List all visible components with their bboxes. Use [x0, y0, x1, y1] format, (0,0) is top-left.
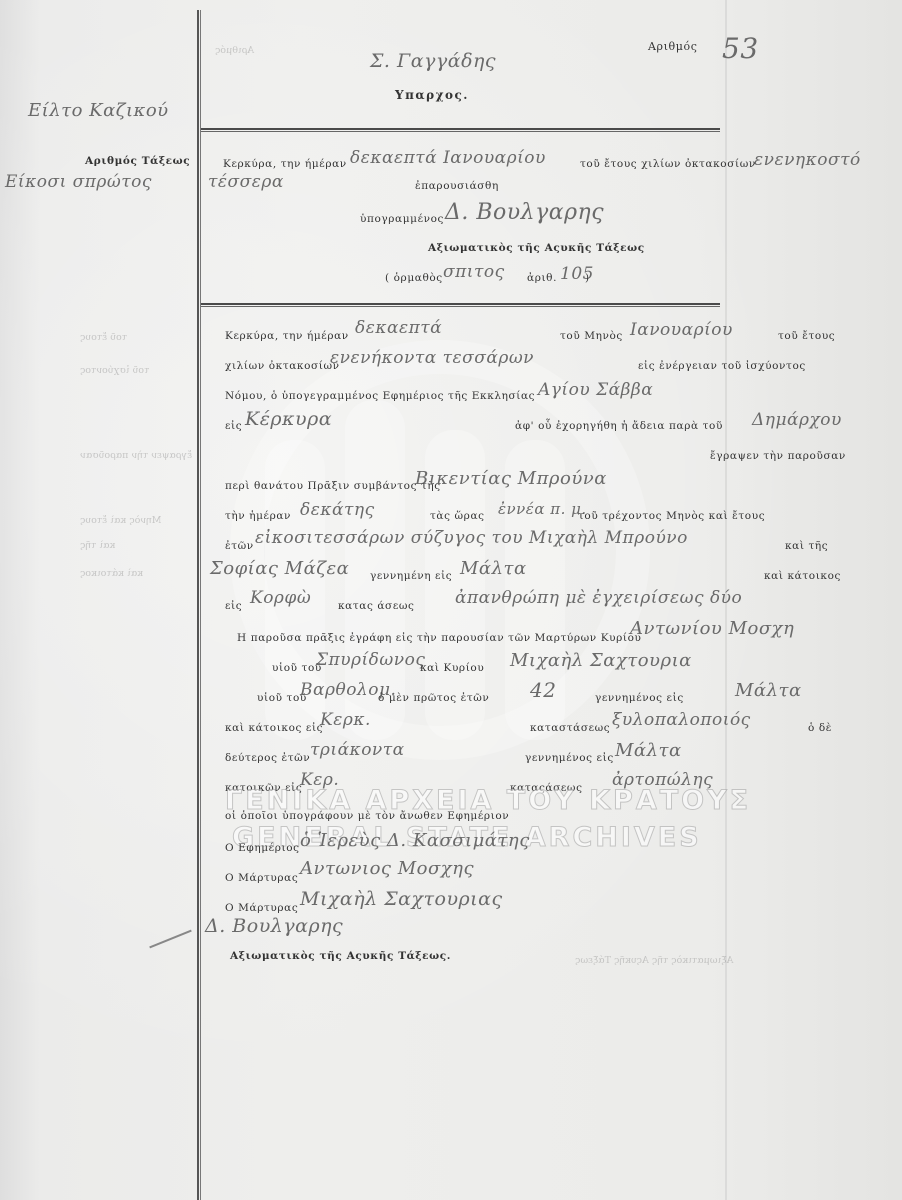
- static-text: εἰς ἐνέργειαν τοῦ ἰσχύοντος: [638, 360, 806, 372]
- handwritten-time: ἐννέα π. μ.: [498, 500, 587, 518]
- static-text: καταστάσεως: [530, 722, 610, 734]
- signature-label: Ο Εφημέριος: [225, 842, 300, 854]
- static-text: καὶ τῆς: [785, 540, 828, 552]
- static-text: περὶ θανάτου Πρᾶξιν συμβάντος τῆς: [225, 480, 441, 492]
- handwritten-age-spouse: εἰκοσιτεσσάρων σύζυγος του Μιχαὴλ Μπρούν…: [255, 528, 688, 548]
- record-number-label: Αριθμός: [648, 40, 697, 53]
- bleed-through-text: ἔγραψεν τὴν παροῦσαν: [80, 450, 192, 461]
- document-page: Αριθμός τοῦ ἔτους τοῦ ἰσχύοντος ἔγραψεν …: [0, 0, 902, 1200]
- handwritten-day: δεκάτης: [300, 500, 375, 520]
- static-text: καὶ Κυρίου: [420, 662, 484, 674]
- handwritten-name: Δ. Βουλγαρης: [445, 200, 604, 225]
- static-text: χιλίων ὀκτακοσίων: [225, 360, 340, 372]
- static-text: εἰς: [225, 420, 242, 432]
- static-text: ): [585, 272, 590, 284]
- handwritten-birthplace: Μάλτα: [460, 558, 527, 579]
- static-text: καὶ κάτοικος εἰς: [225, 722, 323, 734]
- section-divider: [201, 303, 720, 307]
- officer-signature: Δ. Βουλγαρης: [205, 915, 343, 937]
- handwritten-age: τριάκοντα: [310, 740, 405, 760]
- bleed-through-text: Μηνὸς καὶ ἔτους: [80, 515, 162, 526]
- handwritten-year: ενενηκοστό: [754, 150, 861, 170]
- witness-2-signature: Μιχαὴλ Σαχτουριας: [300, 888, 503, 910]
- section-divider: [201, 128, 720, 132]
- static-text: ἔγραψεν τὴν παροῦσαν: [710, 450, 846, 462]
- witness-1-signature: Αντωνιος Μοσχης: [300, 858, 474, 879]
- handwritten-occupation: ξυλοπαλοποιός: [612, 710, 751, 730]
- static-text: γεννημένη εἰς: [370, 570, 452, 582]
- handwritten-date: δεκαεπτά Ιανουαρίου: [350, 148, 546, 168]
- signature-label: Ο Μάρτυρας: [225, 902, 298, 914]
- static-text: Κερκύρα, την ήμέραν: [225, 330, 349, 342]
- prefect-signature: Σ. Γαγγάδης: [370, 50, 496, 72]
- handwritten-residence: Κορφὼ: [250, 588, 311, 608]
- column-divider: [197, 10, 201, 1200]
- static-text: ὁ μὲν πρῶτος ἐτῶν: [378, 692, 489, 704]
- static-text: ἐτῶν: [225, 540, 254, 552]
- bleed-through-text: καὶ τῆς: [80, 540, 115, 551]
- bleed-through-text: καὶ κάτοικος: [80, 568, 143, 579]
- handwritten-day: δεκαεπτά: [355, 318, 442, 338]
- static-text: γεννημένος εἰς: [525, 752, 614, 764]
- static-text: Η παροῦσα πρᾶξις ἐγράφη εἰς τὴν παρουσία…: [237, 632, 642, 644]
- bleed-through-text: Αξιωματικὸς τῆς Αςυκῆς Τάξεως: [575, 955, 733, 966]
- handwritten-year-cont: τέσσερα: [208, 172, 284, 192]
- handwritten-month: Ιανουαρίου: [630, 320, 733, 340]
- signature-label: Ο Μάρτυρας: [225, 872, 298, 884]
- static-text: ὑπογραμμένος: [360, 213, 444, 225]
- prefect-title: Υπαρχος.: [395, 88, 469, 102]
- handwritten-father-1: Σπυρίδωνος: [316, 650, 425, 670]
- static-text: τοῦ τρέχοντος Μηνὸς καὶ ἔτους: [578, 510, 765, 522]
- margin-note: Είλτο Καζικού: [28, 100, 169, 121]
- static-text: ( ὁρμαθὸς: [385, 272, 443, 284]
- handwritten-deceased-name: Βικεντίας Μπρούνα: [415, 468, 607, 489]
- handwritten-witness-1: Αντωνίου Μοσχη: [630, 618, 794, 639]
- handwritten-birthplace: Μάλτα: [615, 740, 682, 761]
- handwritten-mother-name: Σοφίας Μάζεα: [210, 558, 349, 579]
- static-text: τὴν ἡμέραν: [225, 510, 291, 522]
- static-text: τοῦ ἔτους χιλίων ὀκτακοσίων: [580, 158, 756, 170]
- static-text: Αξιωματικὸς τῆς Αςυκῆς Τάξεως: [428, 242, 645, 254]
- static-text: τὰς ὥρας: [430, 510, 485, 522]
- order-number-label: Αριθμός Τάξεως: [85, 155, 190, 167]
- handwritten-year: ενενήκοντα τεσσάρων: [330, 348, 534, 368]
- order-number-value: Είκοσι σπρώτος: [5, 172, 152, 192]
- static-text: Κερκύρα, την ήμέραν: [223, 158, 347, 170]
- static-text: ἀριθ.: [527, 272, 557, 284]
- static-text: υἱοῦ τοῦ: [272, 662, 322, 674]
- handwritten-residence: Κερκ.: [320, 710, 371, 730]
- static-text: τοῦ Μηνὸς: [560, 330, 623, 342]
- bleed-through-text: Αριθμός: [215, 45, 254, 56]
- handwritten-place: Κέρκυρα: [245, 408, 332, 430]
- margin-pen-stroke: [149, 930, 191, 949]
- handwritten-status: ἀπανθρώπη μὲ ἐγχειρίσεως δύο: [455, 588, 742, 608]
- handwritten-birthplace: Μάλτα: [735, 680, 802, 701]
- handwritten-age: 42: [530, 678, 556, 702]
- handwritten-authority: Δημάρχου: [752, 410, 842, 430]
- static-text: κατας άσεως: [338, 600, 415, 612]
- static-text: καὶ κάτοικος: [764, 570, 841, 582]
- handwritten-church: Αγίου Σάββα: [538, 380, 653, 400]
- static-text: τοῦ ἔτους: [778, 330, 835, 342]
- record-number-value: 53: [722, 32, 759, 65]
- bleed-through-text: τοῦ ἰσχύοντος: [80, 365, 149, 376]
- static-text: ὁ δὲ: [808, 722, 832, 734]
- bleed-through-text: τοῦ ἔτους: [80, 332, 127, 343]
- handwritten-witness-2: Μιχαὴλ Σαχτουρια: [510, 650, 692, 671]
- static-text: Νόμου, ὁ ὑπογεγραμμένος Εφημέριος τῆς Εκ…: [225, 390, 535, 402]
- handwritten-value: σπιτος: [443, 262, 505, 282]
- static-text: ἐπαρουσιάσθη: [415, 180, 499, 192]
- static-text: δεύτερος ἐτῶν: [225, 752, 310, 764]
- officer-title: Αξιωματικὸς τῆς Αςυκῆς Τάξεως.: [230, 950, 451, 962]
- static-text: εἰς: [225, 600, 242, 612]
- archive-watermark-greek: ΓΕΝΙΚΑ ΑΡΧΕΙΑ ΤΟΥ ΚΡΑΤΟΥΣ: [225, 785, 751, 816]
- static-text: γεννημένος εἰς: [595, 692, 684, 704]
- priest-signature: ὁ Ἱερεὺς Δ. Κασσιμάτης: [300, 830, 530, 851]
- static-text: ἀφ' οὗ ἐχορηγήθη ἡ ἄδεια παρὰ τοῦ: [515, 420, 723, 432]
